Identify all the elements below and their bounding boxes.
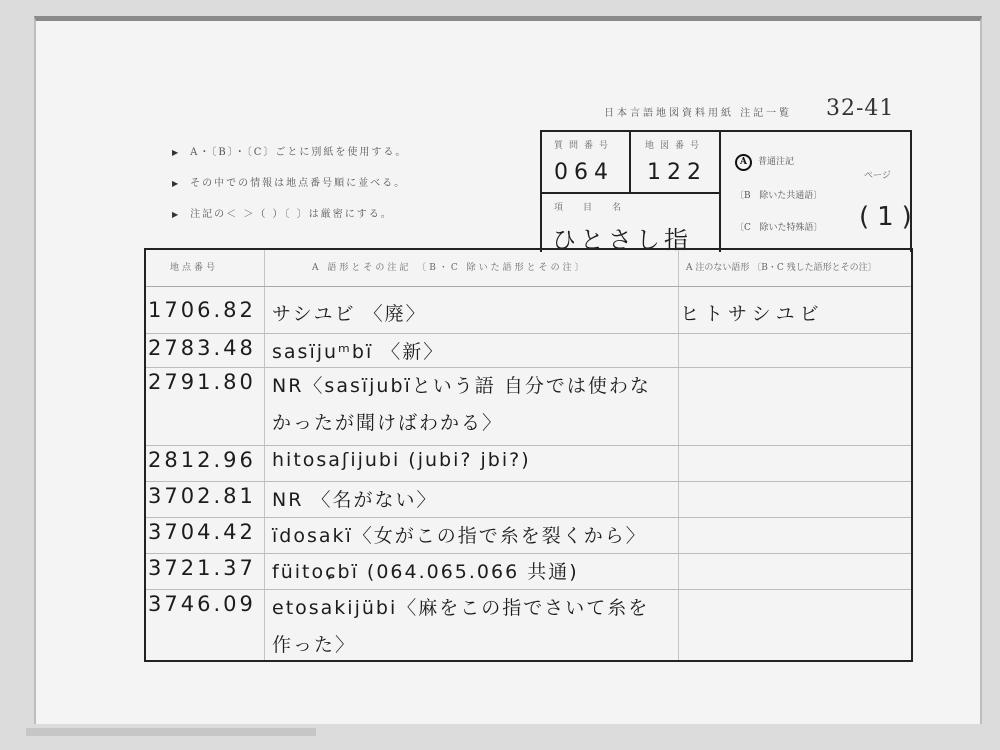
point-number: 2783.48	[148, 336, 256, 360]
form-title: 日本言語地図資料用紙 注記一覧	[604, 104, 792, 119]
word-form-continued: かったが聞けばわかる〉	[272, 408, 503, 435]
table-row: 2783.48sasïjuᵐbï 〈新〉	[146, 334, 911, 368]
page-value: (1)	[859, 202, 920, 232]
table-row: 3721.37füitoɕbï (064.065.066 共通)	[146, 554, 911, 590]
word-form: NR〈sasïjubïという語 自分では使わな	[272, 371, 651, 398]
item-name-cell: 項目名 ひとさし指	[542, 194, 721, 252]
header-point-number: 地点番号	[170, 260, 218, 273]
point-number: 3746.09	[148, 592, 256, 616]
word-form: ïdosakï〈女がこの指で糸を裂くから〉	[272, 521, 647, 548]
word-form: hitosaʃijubi (jubi? jbi?)	[272, 449, 531, 471]
form-code: 32-41	[826, 96, 894, 121]
type-c-option: 〔C 除いた特殊語〕	[735, 220, 823, 233]
instruction-item: ▶A・〔B〕・〔C〕ごとに別紙を使用する。	[172, 146, 407, 177]
plain-word-form: ヒトサシユビ	[680, 299, 824, 326]
map-number-value: 122	[647, 160, 707, 185]
table-row: 3746.09etosakijübi〈麻をこの指でさいて糸を作った〉	[146, 590, 911, 666]
word-form: füitoɕbï (064.065.066 共通)	[272, 557, 579, 584]
word-form: sasïjuᵐbï 〈新〉	[272, 337, 444, 364]
point-number: 2812.96	[148, 448, 256, 472]
instruction-item: ▶その中での情報は地点番号順に並べる。	[172, 177, 407, 208]
map-number-cell: 地図番号 122	[631, 132, 721, 194]
triangle-bullet-icon: ▶	[172, 208, 180, 222]
word-form: サシユビ 〈廃〉	[272, 299, 427, 326]
annotation-type-cell: A普通注記 〔B 除いた共通語〕 〔C 除いた特殊語〕 ページ (1)	[721, 132, 910, 252]
point-number: 3702.81	[148, 484, 256, 508]
table-row: 3702.81NR 〈名がない〉	[146, 482, 911, 518]
instructions-list: ▶A・〔B〕・〔C〕ごとに別紙を使用する。 ▶その中での情報は地点番号順に並べる…	[172, 146, 407, 239]
point-number: 3721.37	[148, 556, 256, 580]
word-form: etosakijübi〈麻をこの指でさいて糸を	[272, 593, 649, 620]
instruction-item: ▶注記の＜ ＞（ ）〔 〕は厳密にする。	[172, 208, 407, 239]
table-row: 2812.96hitosaʃijubi (jubi? jbi?)	[146, 446, 911, 482]
table-row: 1706.82サシユビ 〈廃〉ヒトサシユビ	[146, 286, 911, 334]
question-number-cell: 質問番号 064	[542, 132, 631, 194]
table-row: 3704.42ïdosakï〈女がこの指で糸を裂くから〉	[146, 518, 911, 554]
question-number-value: 064	[554, 160, 614, 185]
sheet-edge-shadow	[26, 728, 316, 736]
table-row: 2791.80NR〈sasïjubïという語 自分では使わなかったが聞けばわかる…	[146, 368, 911, 446]
type-a-option: A普通注記	[735, 154, 794, 171]
table-header: 地点番号 A 語形とその注記 〔B・C 除いた語形とその注〕 A 注のない語形 …	[146, 250, 911, 287]
point-number: 1706.82	[148, 298, 256, 322]
point-number: 3704.42	[148, 520, 256, 544]
info-box: 質問番号 064 地図番号 122 項目名 ひとさし指 A普通注記 〔B 除いた…	[540, 130, 912, 252]
word-form: NR 〈名がない〉	[272, 485, 437, 512]
page-label: ページ	[864, 168, 891, 181]
triangle-bullet-icon: ▶	[172, 146, 180, 160]
point-number: 2791.80	[148, 370, 256, 394]
word-form-continued: 作った〉	[272, 630, 356, 657]
header-plain-forms: A 注のない語形 〔B・C 残した語形とその注〕	[686, 260, 877, 273]
header-forms: A 語形とその注記 〔B・C 除いた語形とその注〕	[312, 260, 587, 273]
circled-a-marker: A	[735, 154, 752, 171]
triangle-bullet-icon: ▶	[172, 177, 180, 191]
type-b-option: 〔B 除いた共通語〕	[735, 188, 822, 201]
annotation-table: 地点番号 A 語形とその注記 〔B・C 除いた語形とその注〕 A 注のない語形 …	[144, 248, 913, 662]
